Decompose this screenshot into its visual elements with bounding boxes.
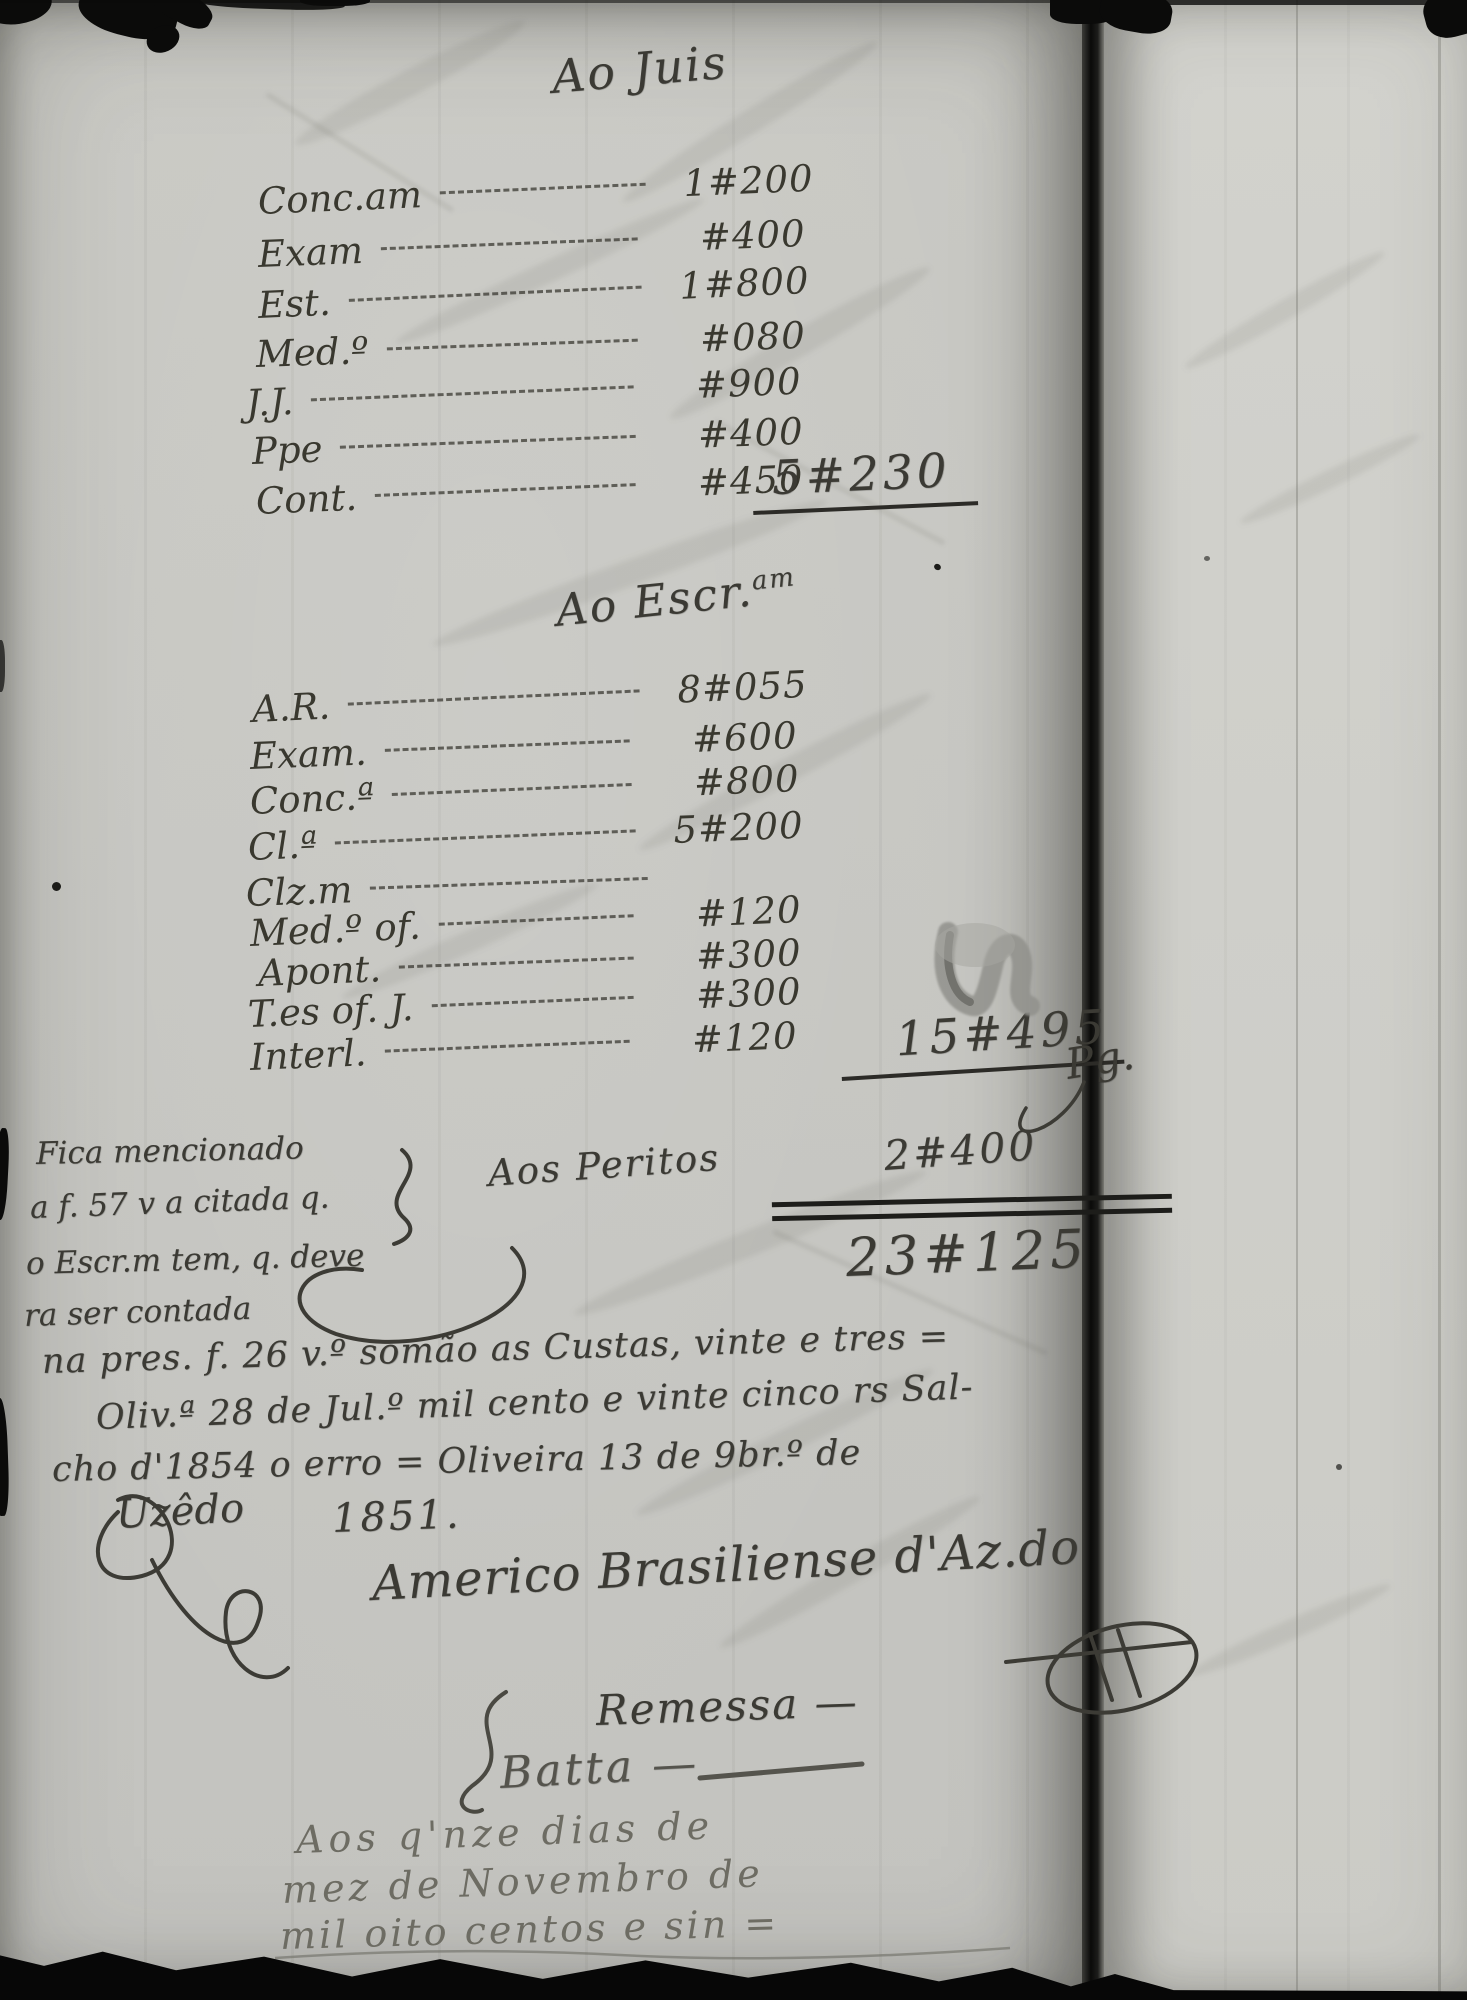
ink-speck — [52, 882, 61, 891]
remessa-label: Remessa — — [595, 1677, 859, 1735]
dash-leader — [438, 912, 633, 926]
account-row-label: Conc.ª — [249, 775, 375, 823]
account-row-label: Interl. — [249, 1031, 367, 1079]
account-row-value: 5#200 — [653, 804, 805, 853]
grand-total: 23#125 — [845, 1219, 1090, 1289]
clerk-title-superscript: am — [750, 562, 797, 596]
torn-edge — [0, 0, 1082, 3]
dash-leader — [431, 994, 633, 1007]
account-row-value: #900 — [651, 360, 803, 409]
dash-leader — [386, 337, 637, 351]
dash-leader — [311, 383, 633, 401]
account-row-label: Exam. — [249, 731, 367, 778]
batta-label: Batta — — [499, 1738, 701, 1799]
account-row-label: Est. — [257, 281, 332, 327]
dash-leader — [384, 1038, 630, 1053]
margin-annotation-line: Fica mencionado — [36, 1130, 304, 1172]
judge-section-total: 5#230 — [751, 442, 979, 515]
dash-leader — [375, 481, 636, 497]
dash-leader — [440, 181, 646, 195]
account-row-label: A.R. — [251, 684, 331, 730]
account-row-label: J.J. — [245, 380, 294, 425]
dash-leader — [392, 781, 632, 796]
dash-leader — [385, 737, 630, 751]
account-row-value: 8#055 — [657, 663, 809, 713]
dash-leader — [340, 433, 636, 449]
account-row-label: Cont. — [255, 476, 358, 523]
dash-leader — [370, 875, 648, 890]
dash-leader — [335, 827, 635, 844]
ink-speck — [1336, 1464, 1342, 1470]
margin-annotation-line: ra ser contada — [23, 1291, 251, 1334]
account-row-label: Exam — [257, 229, 364, 276]
account-row-value: #300 — [651, 970, 803, 1019]
account-row-value: #120 — [647, 1014, 799, 1063]
manuscript-scan: Ao Juis Conc.am 1#200 Exam #400 Est. 1#8… — [0, 0, 1467, 2000]
rubric-word: Uzêdo — [115, 1485, 245, 1538]
right-page-edge-crease — [1438, 0, 1441, 2000]
dash-leader — [399, 955, 634, 969]
account-row-label: Conc.am — [257, 173, 423, 223]
account-row-value: #800 — [649, 757, 801, 806]
account-row-value: 1#200 — [663, 157, 815, 206]
account-row-value: #600 — [647, 714, 799, 763]
dash-leader — [348, 284, 641, 302]
account-row-value: #120 — [651, 888, 803, 938]
account-row-value: #080 — [655, 314, 806, 362]
torn-edge — [1104, 0, 1467, 5]
dash-leader — [348, 687, 640, 705]
account-row-value: #400 — [655, 212, 807, 261]
account-row-label: Cl.ª — [247, 823, 318, 869]
closing-year: 1851. — [331, 1491, 462, 1541]
account-row-value: 1#800 — [659, 259, 811, 309]
ink-speck — [1204, 556, 1210, 561]
account-row-label: T.es of. J. — [247, 986, 414, 1036]
account-row-label: Med.º — [255, 329, 369, 376]
account-row-label: Ppe — [251, 427, 323, 473]
dash-leader — [381, 235, 638, 250]
